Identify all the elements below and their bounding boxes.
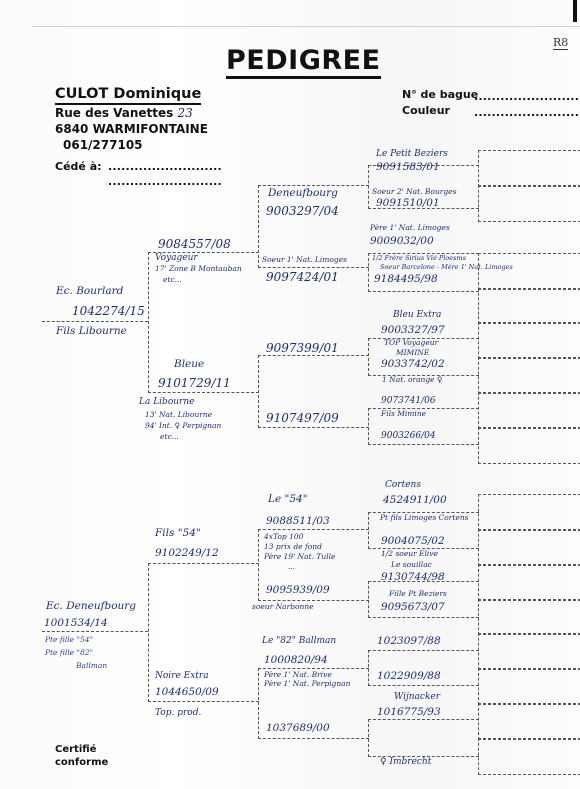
top-dsd-note: 1 Nat. orange ♀	[382, 376, 442, 384]
top-subject-line	[42, 321, 148, 322]
ceded-to-field-line2[interactable]: ..........................	[108, 175, 222, 188]
top-dam-note-1: La Libourne	[139, 398, 194, 407]
top-dss-name: Bleu Extra	[393, 311, 441, 320]
top-sire-note-1: Voyageur	[155, 254, 198, 263]
top-dsd-ring: 9033742/02	[381, 359, 445, 370]
bottom-g4-bracket-3	[478, 564, 580, 601]
certified-label: Certifié conforme	[55, 743, 108, 769]
bottom-sss-ring: 4524911/00	[383, 495, 447, 506]
top-sdd-note-2: Soeur Barcelone - Mère 1' Nat. Limoges	[380, 264, 513, 271]
top-g4-bracket-2	[478, 185, 580, 222]
owner-phone: 061/277105	[55, 137, 208, 153]
top-g4-bracket-1	[478, 150, 580, 187]
bottom-sss-name: Cortens	[385, 481, 421, 490]
top-sds-ring: 9009032/00	[370, 236, 434, 247]
top-sdd-note-1: 1/2 Frère Sirius Vié Ploesms	[372, 255, 466, 262]
bottom-dd-bracket	[368, 719, 479, 757]
certified-line2: conforme	[55, 756, 108, 769]
top-sdd-ring: 9184495/98	[374, 274, 438, 285]
bottom-ssd-note-1: 1/2 soeur Elive	[381, 550, 438, 558]
color-field[interactable]: .............................	[474, 106, 580, 119]
bottom-dsd-ring: 1022909/88	[377, 671, 441, 682]
scan-top-edge	[32, 26, 580, 27]
top-ssd-ring: 9091510/01	[376, 198, 440, 209]
owner-house-number: 23	[178, 106, 193, 120]
top-dds-note: Fils Mimine	[381, 410, 426, 418]
top-gen1-bracket	[148, 252, 259, 393]
top-ds-ring: 9097399/01	[266, 342, 339, 355]
top-dam-note-2: 13' Nat. Libourne	[145, 411, 212, 419]
pedigree-sheet: R8 PEDIGREE CULOT Dominique Rue des Vane…	[0, 0, 580, 789]
bottom-sire-name: Fils "54"	[155, 528, 201, 539]
bottom-g4-bracket-4	[478, 599, 580, 635]
bottom-ss-name: Le "54"	[268, 494, 308, 505]
bottom-dd-ring: 1037689/00	[266, 723, 330, 734]
bottom-subject-note-1: Pte fille "54"	[45, 636, 93, 644]
top-subject-ring: 1042274/15	[72, 305, 145, 318]
bottom-dds-name: Wijnacker	[394, 693, 440, 702]
ring-number-field[interactable]: .............................	[474, 90, 580, 103]
bottom-g4-bracket-8	[478, 738, 580, 775]
top-sire-note-3: etc...	[163, 276, 182, 284]
top-dss-ring: 9003327/97	[381, 325, 445, 336]
top-dd-ring: 9107497/09	[266, 412, 339, 425]
ceded-to-label: Cédé à:	[55, 160, 102, 173]
color-label: Couleur	[402, 104, 450, 117]
owner-street: Rue des Vanettes 23	[55, 105, 208, 121]
top-ssd-name: Soeur 2' Nat. Bourges	[372, 188, 456, 196]
top-sire-ring: 9084557/08	[158, 238, 231, 251]
bottom-dds-ring: 1016775/93	[377, 707, 441, 718]
bottom-ds-note-1: Père 1' Nat. Brive	[264, 671, 332, 679]
top-sss-name: Le Petit Beziers	[376, 150, 448, 159]
top-dam-note-3: 94' Int. ♀ Perpignan	[145, 422, 221, 430]
bottom-g4-bracket-7	[478, 703, 580, 740]
bottom-ss-ring: 9088511/03	[266, 516, 330, 527]
top-sd-name: Soeur 1' Nat. Limoges	[262, 256, 347, 264]
top-g4-bracket-4	[478, 288, 580, 324]
ring-number-label: N° de bague	[402, 88, 478, 101]
owner-city: 6840 WARMIFONTAINE	[55, 121, 208, 137]
bottom-subject-ring: 1001534/14	[44, 618, 108, 629]
owner-name: CULOT Dominique	[55, 86, 201, 105]
top-sire-note-2: 17' Zone B Montauban	[155, 265, 242, 273]
top-g4-bracket-3	[478, 253, 580, 290]
bottom-sdd-ring: 9095673/07	[381, 602, 445, 613]
top-g4-bracket-8	[478, 427, 580, 464]
top-ddd-ring: 9003266/04	[381, 432, 436, 441]
ceded-to-field-line1[interactable]: ..........................	[108, 160, 222, 173]
bottom-ss-note-1: 4xTop 100	[264, 533, 303, 541]
bottom-subject-line	[42, 631, 148, 632]
bottom-dam-name: Noire Extra	[155, 672, 209, 681]
certified-line1: Certifié	[55, 743, 108, 756]
bottom-dam-note: Top. prod.	[155, 709, 201, 718]
bottom-ss-note-2: 13 prix de fond	[264, 543, 322, 551]
bottom-dam-ring: 1044650/09	[155, 687, 219, 698]
bottom-ds-note-2: Père 1' Nat. Perpignan	[264, 680, 350, 688]
top-sds-name: Père 1' Nat. Limoges	[370, 224, 450, 232]
bottom-dss-ring: 1023097/88	[377, 636, 441, 647]
bottom-ss-note-4: ...	[288, 563, 295, 571]
top-sss-ring: 9091583/01	[376, 162, 440, 173]
top-g4-bracket-7	[478, 392, 580, 429]
owner-street-name: Rue des Vanettes	[55, 106, 173, 120]
bottom-ds-ring: 1000820/94	[264, 655, 328, 666]
bottom-sds-note: Fille Pt Beziers	[389, 590, 447, 598]
top-sd-ring: 9097424/01	[266, 271, 339, 284]
bottom-ss-note-3: Père 19' Nat. Tulle	[264, 553, 335, 561]
bottom-sd-ring: 9095939/09	[266, 585, 330, 596]
bottom-g4-bracket-2	[478, 529, 580, 566]
bottom-g4-bracket-5	[478, 633, 580, 670]
top-ss-name: Deneufbourg	[268, 188, 338, 199]
bottom-ssd-ring: 9004075/02	[381, 536, 445, 547]
reference-mark: R8	[553, 37, 568, 50]
bottom-g4-bracket-6	[478, 668, 580, 705]
bottom-g4-bracket-1	[478, 494, 580, 531]
top-dam-name: Bleue	[174, 359, 204, 370]
bottom-ds-name: Le "82" Ballman	[262, 637, 336, 646]
top-subject-name: Ec. Bourlard	[56, 286, 123, 297]
top-g4-bracket-5	[478, 322, 580, 359]
top-dam-ring: 9101729/11	[158, 377, 231, 390]
top-dss-note-2: MIMINE	[396, 349, 429, 357]
top-ss-ring: 9003297/04	[266, 205, 339, 218]
bottom-sd-note: soeur Narbonne	[252, 603, 314, 611]
bottom-ddd-name: ♀ Imbrecht	[380, 758, 431, 767]
bottom-subject-name: Ec. Deneufbourg	[46, 601, 136, 612]
owner-block: CULOT Dominique Rue des Vanettes 23 6840…	[55, 83, 208, 153]
top-dds-ring: 9073741/06	[381, 397, 436, 406]
bottom-subject-note-3: Ballman	[76, 662, 107, 670]
top-subject-note: Fils Libourne	[56, 326, 127, 337]
bottom-sire-ring: 9102249/12	[155, 548, 219, 559]
bottom-sds-ring: 9130744/98	[381, 572, 445, 583]
bottom-sss-note: Pt fils Limoges Cortens	[380, 514, 469, 522]
top-g4-bracket-6	[478, 357, 580, 394]
top-dam-note-4: etc...	[160, 433, 179, 441]
scan-edge-mark	[573, 0, 577, 22]
bottom-subject-note-2: Pte fille "82"	[45, 649, 93, 657]
page-title: PEDIGREE	[226, 46, 381, 79]
top-dss-note-1: TOP Voyageur	[384, 339, 438, 347]
bottom-ssd-note-2: Le souillac	[391, 561, 432, 569]
